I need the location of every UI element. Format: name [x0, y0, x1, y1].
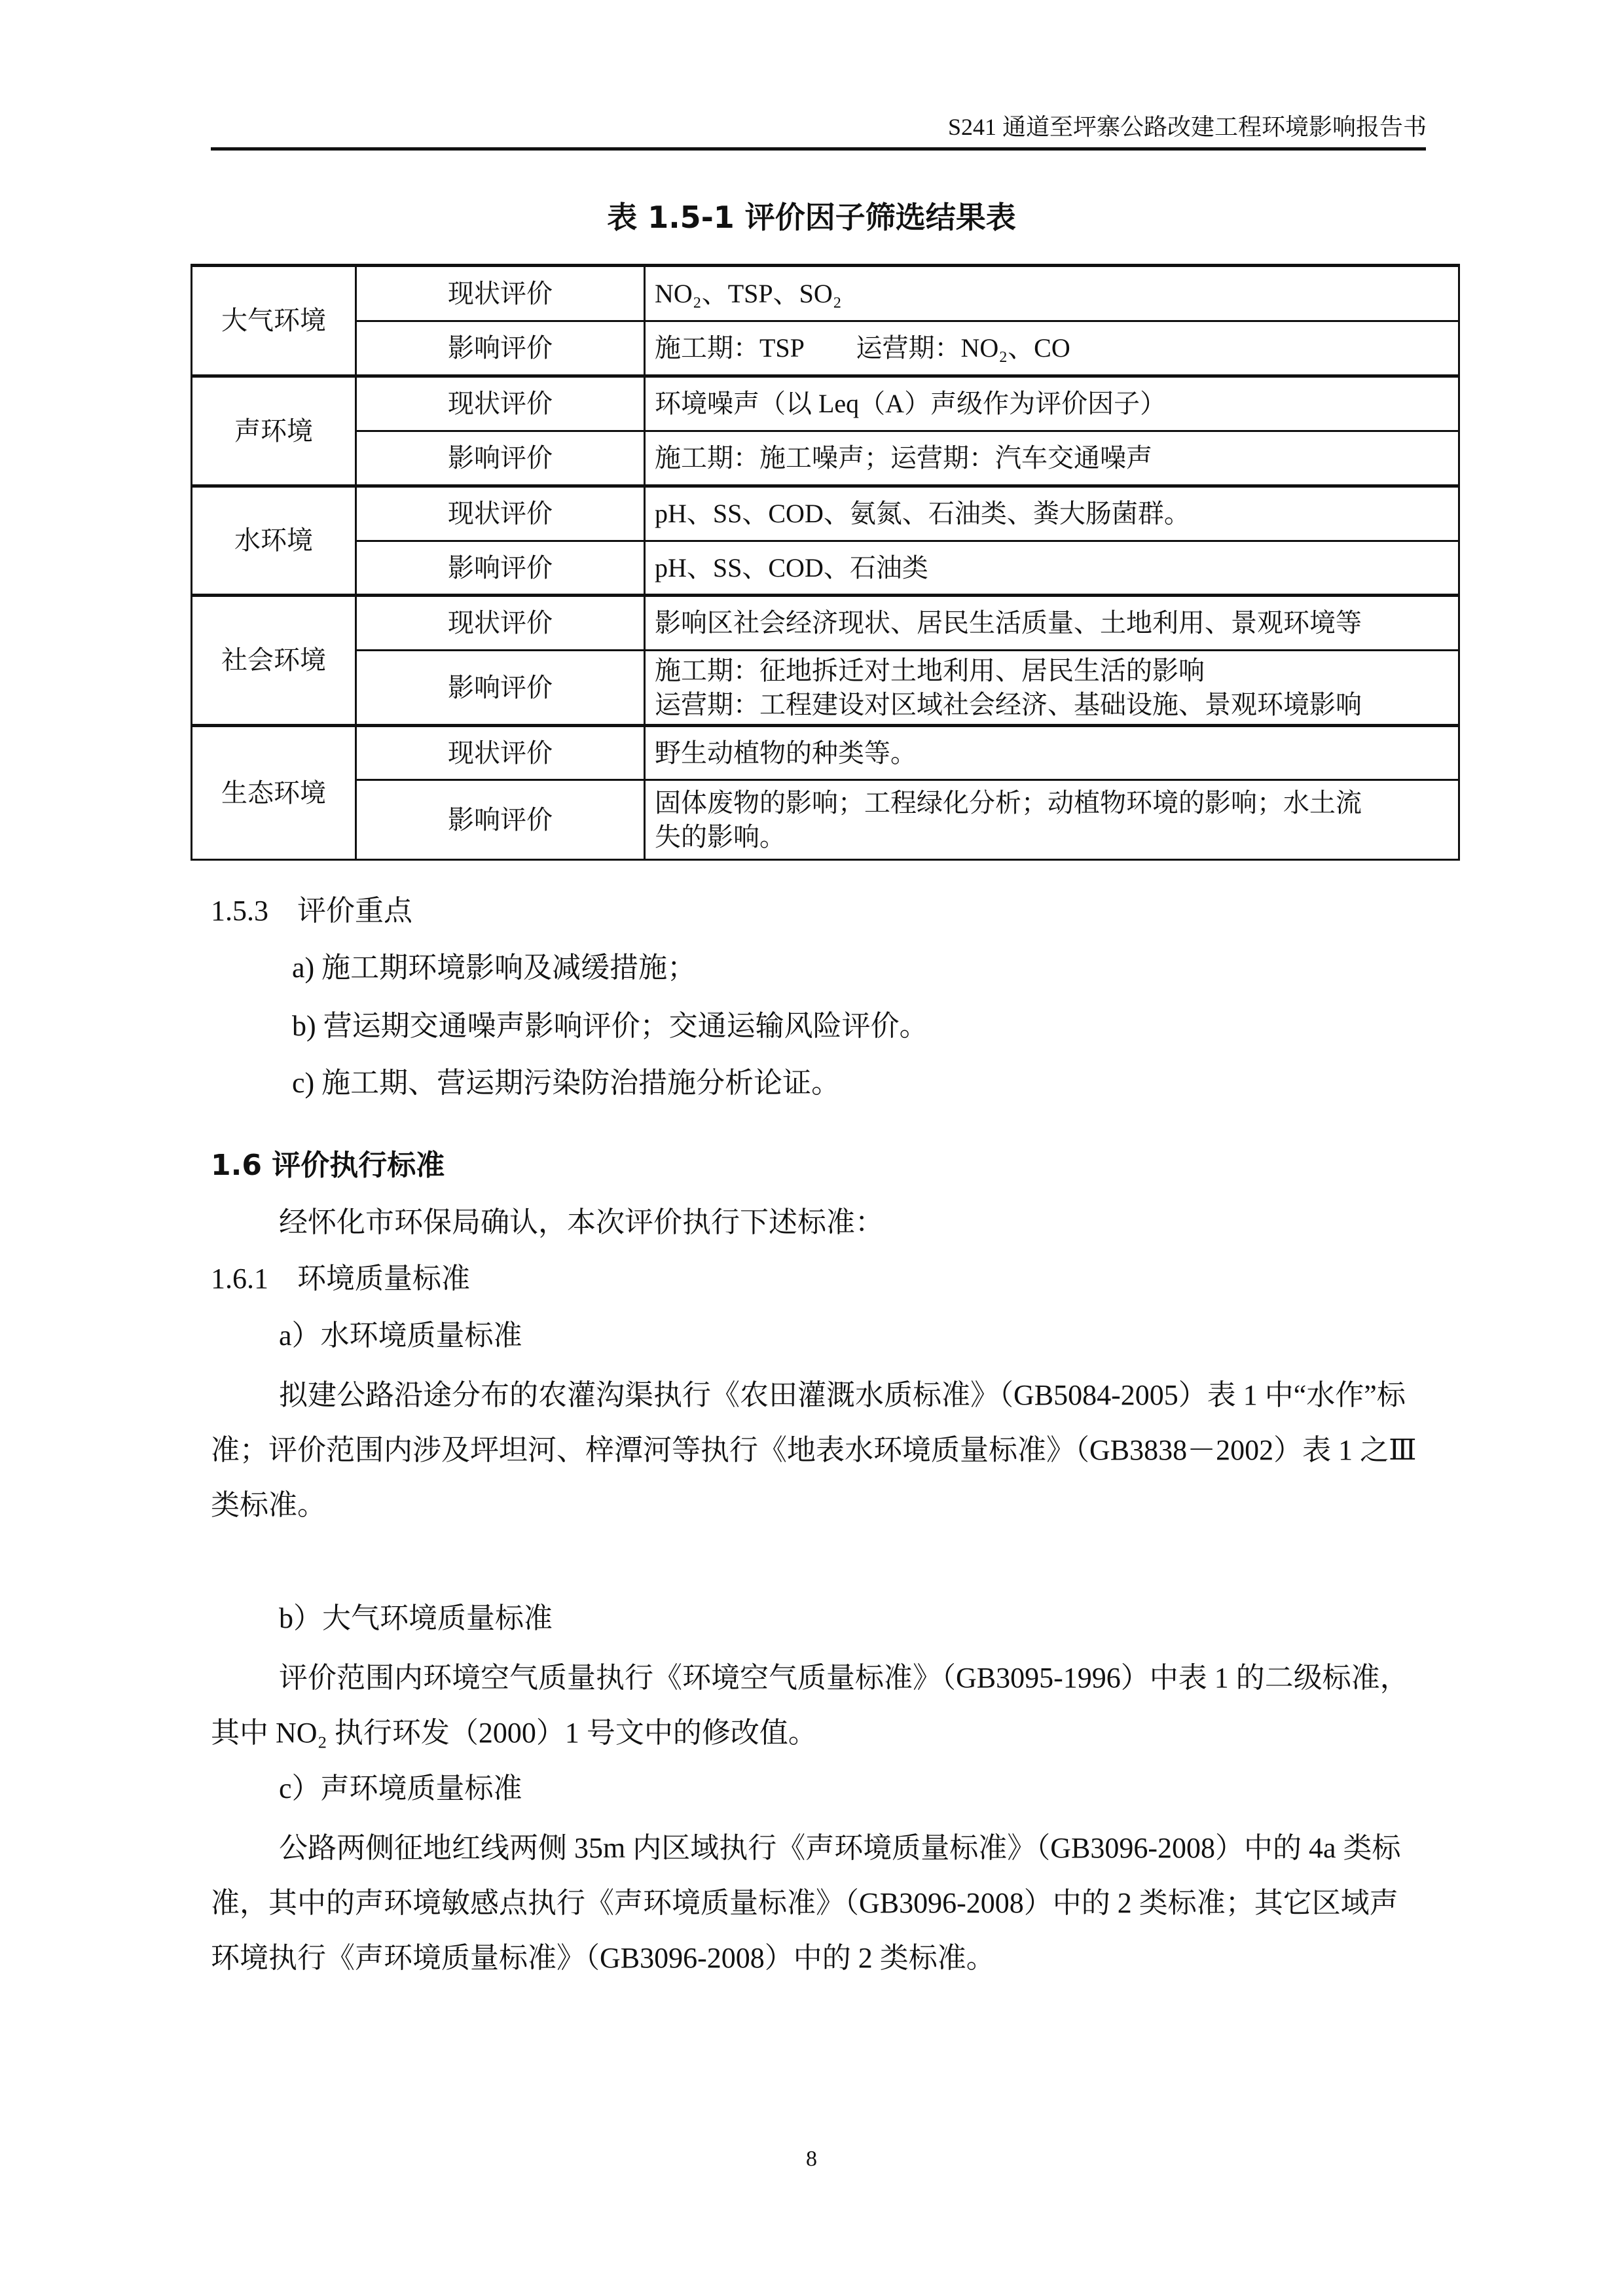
evaluation-factor-table: 大气环境 现状评价 NO₂、TSP、SO₂ 影响评价 施工期：TSP 运营期：N… [191, 264, 1460, 861]
water-standard-title: a）水环境质量标准 [279, 1318, 522, 1354]
type-cell: 现状评价 [356, 726, 645, 780]
content-cell: 固体废物的影响；工程绿化分析；动植物环境的影响；水土流 失的影响。 [645, 780, 1459, 860]
category-cell: 大气环境 [192, 266, 356, 376]
noise-standard-text: 公路两侧征地红线两侧 35m 内区域执行《声环境质量标准》（GB3096-200… [211, 1821, 1426, 1986]
content-line: NO₂、TSP、SO₂ [655, 277, 1449, 311]
content-cell: 环境噪声（以 Leq（A）声级作为评价因子） [645, 376, 1459, 431]
content-line: 影响区社会经济现状、居民生活质量、土地利用、景观环境等 [655, 606, 1449, 640]
category-cell: 社会环境 [192, 596, 356, 726]
content-cell: pH、SS、COD、氨氮、石油类、粪大肠菌群。 [645, 486, 1459, 541]
type-cell: 现状评价 [356, 266, 645, 321]
section-1-6-intro: 经怀化市环保局确认，本次评价执行下述标准： [279, 1204, 884, 1241]
content-line: 运营期：工程建设对区域社会经济、基础设施、景观环境影响 [655, 688, 1449, 722]
content-cell: NO₂、TSP、SO₂ [645, 266, 1459, 321]
type-cell: 影响评价 [356, 541, 645, 596]
content-line: 施工期：征地拆迁对土地利用、居民生活的影响 [655, 654, 1449, 688]
type-cell: 影响评价 [356, 321, 645, 376]
focus-item-a: a) 施工期环境影响及减缓措施； [292, 950, 696, 986]
content-line: pH、SS、COD、石油类 [655, 551, 1449, 585]
table-row: 影响评价 施工期：施工噪声；运营期：汽车交通噪声 [192, 431, 1459, 486]
content-cell: 影响区社会经济现状、居民生活质量、土地利用、景观环境等 [645, 596, 1459, 651]
content-cell: pH、SS、COD、石油类 [645, 541, 1459, 596]
section-heading-1-5-3: 1.5.3 评价重点 [211, 893, 412, 929]
content-line: 固体废物的影响；工程绿化分析；动植物环境的影响；水土流 [655, 786, 1449, 820]
table-row: 影响评价 施工期：TSP 运营期：NO₂、CO [192, 321, 1459, 376]
content-cell: 施工期：征地拆迁对土地利用、居民生活的影响 运营期：工程建设对区域社会经济、基础… [645, 651, 1459, 726]
table-row: 社会环境 现状评价 影响区社会经济现状、居民生活质量、土地利用、景观环境等 [192, 596, 1459, 651]
content-line: 施工期：TSP 运营期：NO₂、CO [655, 331, 1449, 365]
type-cell: 影响评价 [356, 651, 645, 726]
content-cell: 施工期：施工噪声；运营期：汽车交通噪声 [645, 431, 1459, 486]
section-heading-1-6-1: 1.6.1 环境质量标准 [211, 1261, 470, 1297]
type-cell: 现状评价 [356, 596, 645, 651]
document-header-title: S241 通道至坪寨公路改建工程环境影响报告书 [948, 113, 1427, 141]
table-row: 生态环境 现状评价 野生动植物的种类等。 [192, 726, 1459, 780]
page-number: 8 [0, 2147, 1623, 2172]
table-row: 水环境 现状评价 pH、SS、COD、氨氮、石油类、粪大肠菌群。 [192, 486, 1459, 541]
table-row: 声环境 现状评价 环境噪声（以 Leq（A）声级作为评价因子） [192, 376, 1459, 431]
air-standard-title: b）大气环境质量标准 [279, 1600, 553, 1637]
content-cell: 施工期：TSP 运营期：NO₂、CO [645, 321, 1459, 376]
content-line: pH、SS、COD、氨氮、石油类、粪大肠菌群。 [655, 497, 1449, 531]
type-cell: 影响评价 [356, 431, 645, 486]
content-line: 施工期：施工噪声；运营期：汽车交通噪声 [655, 441, 1449, 475]
category-cell: 声环境 [192, 376, 356, 486]
content-cell: 野生动植物的种类等。 [645, 726, 1459, 780]
noise-standard-title: c）声环境质量标准 [279, 1770, 522, 1807]
content-line: 野生动植物的种类等。 [655, 736, 1449, 770]
water-standard-text: 拟建公路沿途分布的农灌沟渠执行《农田灌溉水质标准》（GB5084-2005）表 … [211, 1368, 1426, 1533]
type-cell: 现状评价 [356, 376, 645, 431]
section-heading-1-6: 1.6 评价执行标准 [211, 1147, 445, 1184]
type-cell: 现状评价 [356, 486, 645, 541]
air-standard-text: 评价范围内环境空气质量执行《环境空气质量标准》（GB3095-1996）中表 1… [211, 1651, 1426, 1761]
table-row: 影响评价 施工期：征地拆迁对土地利用、居民生活的影响 运营期：工程建设对区域社会… [192, 651, 1459, 726]
focus-item-b: b) 营运期交通噪声影响评价；交通运输风险评价。 [292, 1008, 928, 1045]
table-caption: 表 1.5-1 评价因子筛选结果表 [0, 198, 1623, 237]
category-cell: 生态环境 [192, 726, 356, 860]
type-cell: 影响评价 [356, 780, 645, 860]
table-row: 影响评价 pH、SS、COD、石油类 [192, 541, 1459, 596]
content-line: 环境噪声（以 Leq（A）声级作为评价因子） [655, 387, 1449, 421]
table-row: 影响评价 固体废物的影响；工程绿化分析；动植物环境的影响；水土流 失的影响。 [192, 780, 1459, 860]
category-cell: 水环境 [192, 486, 356, 596]
content-line: 失的影响。 [655, 820, 1449, 854]
header-rule [211, 147, 1426, 151]
table-row: 大气环境 现状评价 NO₂、TSP、SO₂ [192, 266, 1459, 321]
focus-item-c: c) 施工期、营运期污染防治措施分析论证。 [292, 1065, 840, 1102]
